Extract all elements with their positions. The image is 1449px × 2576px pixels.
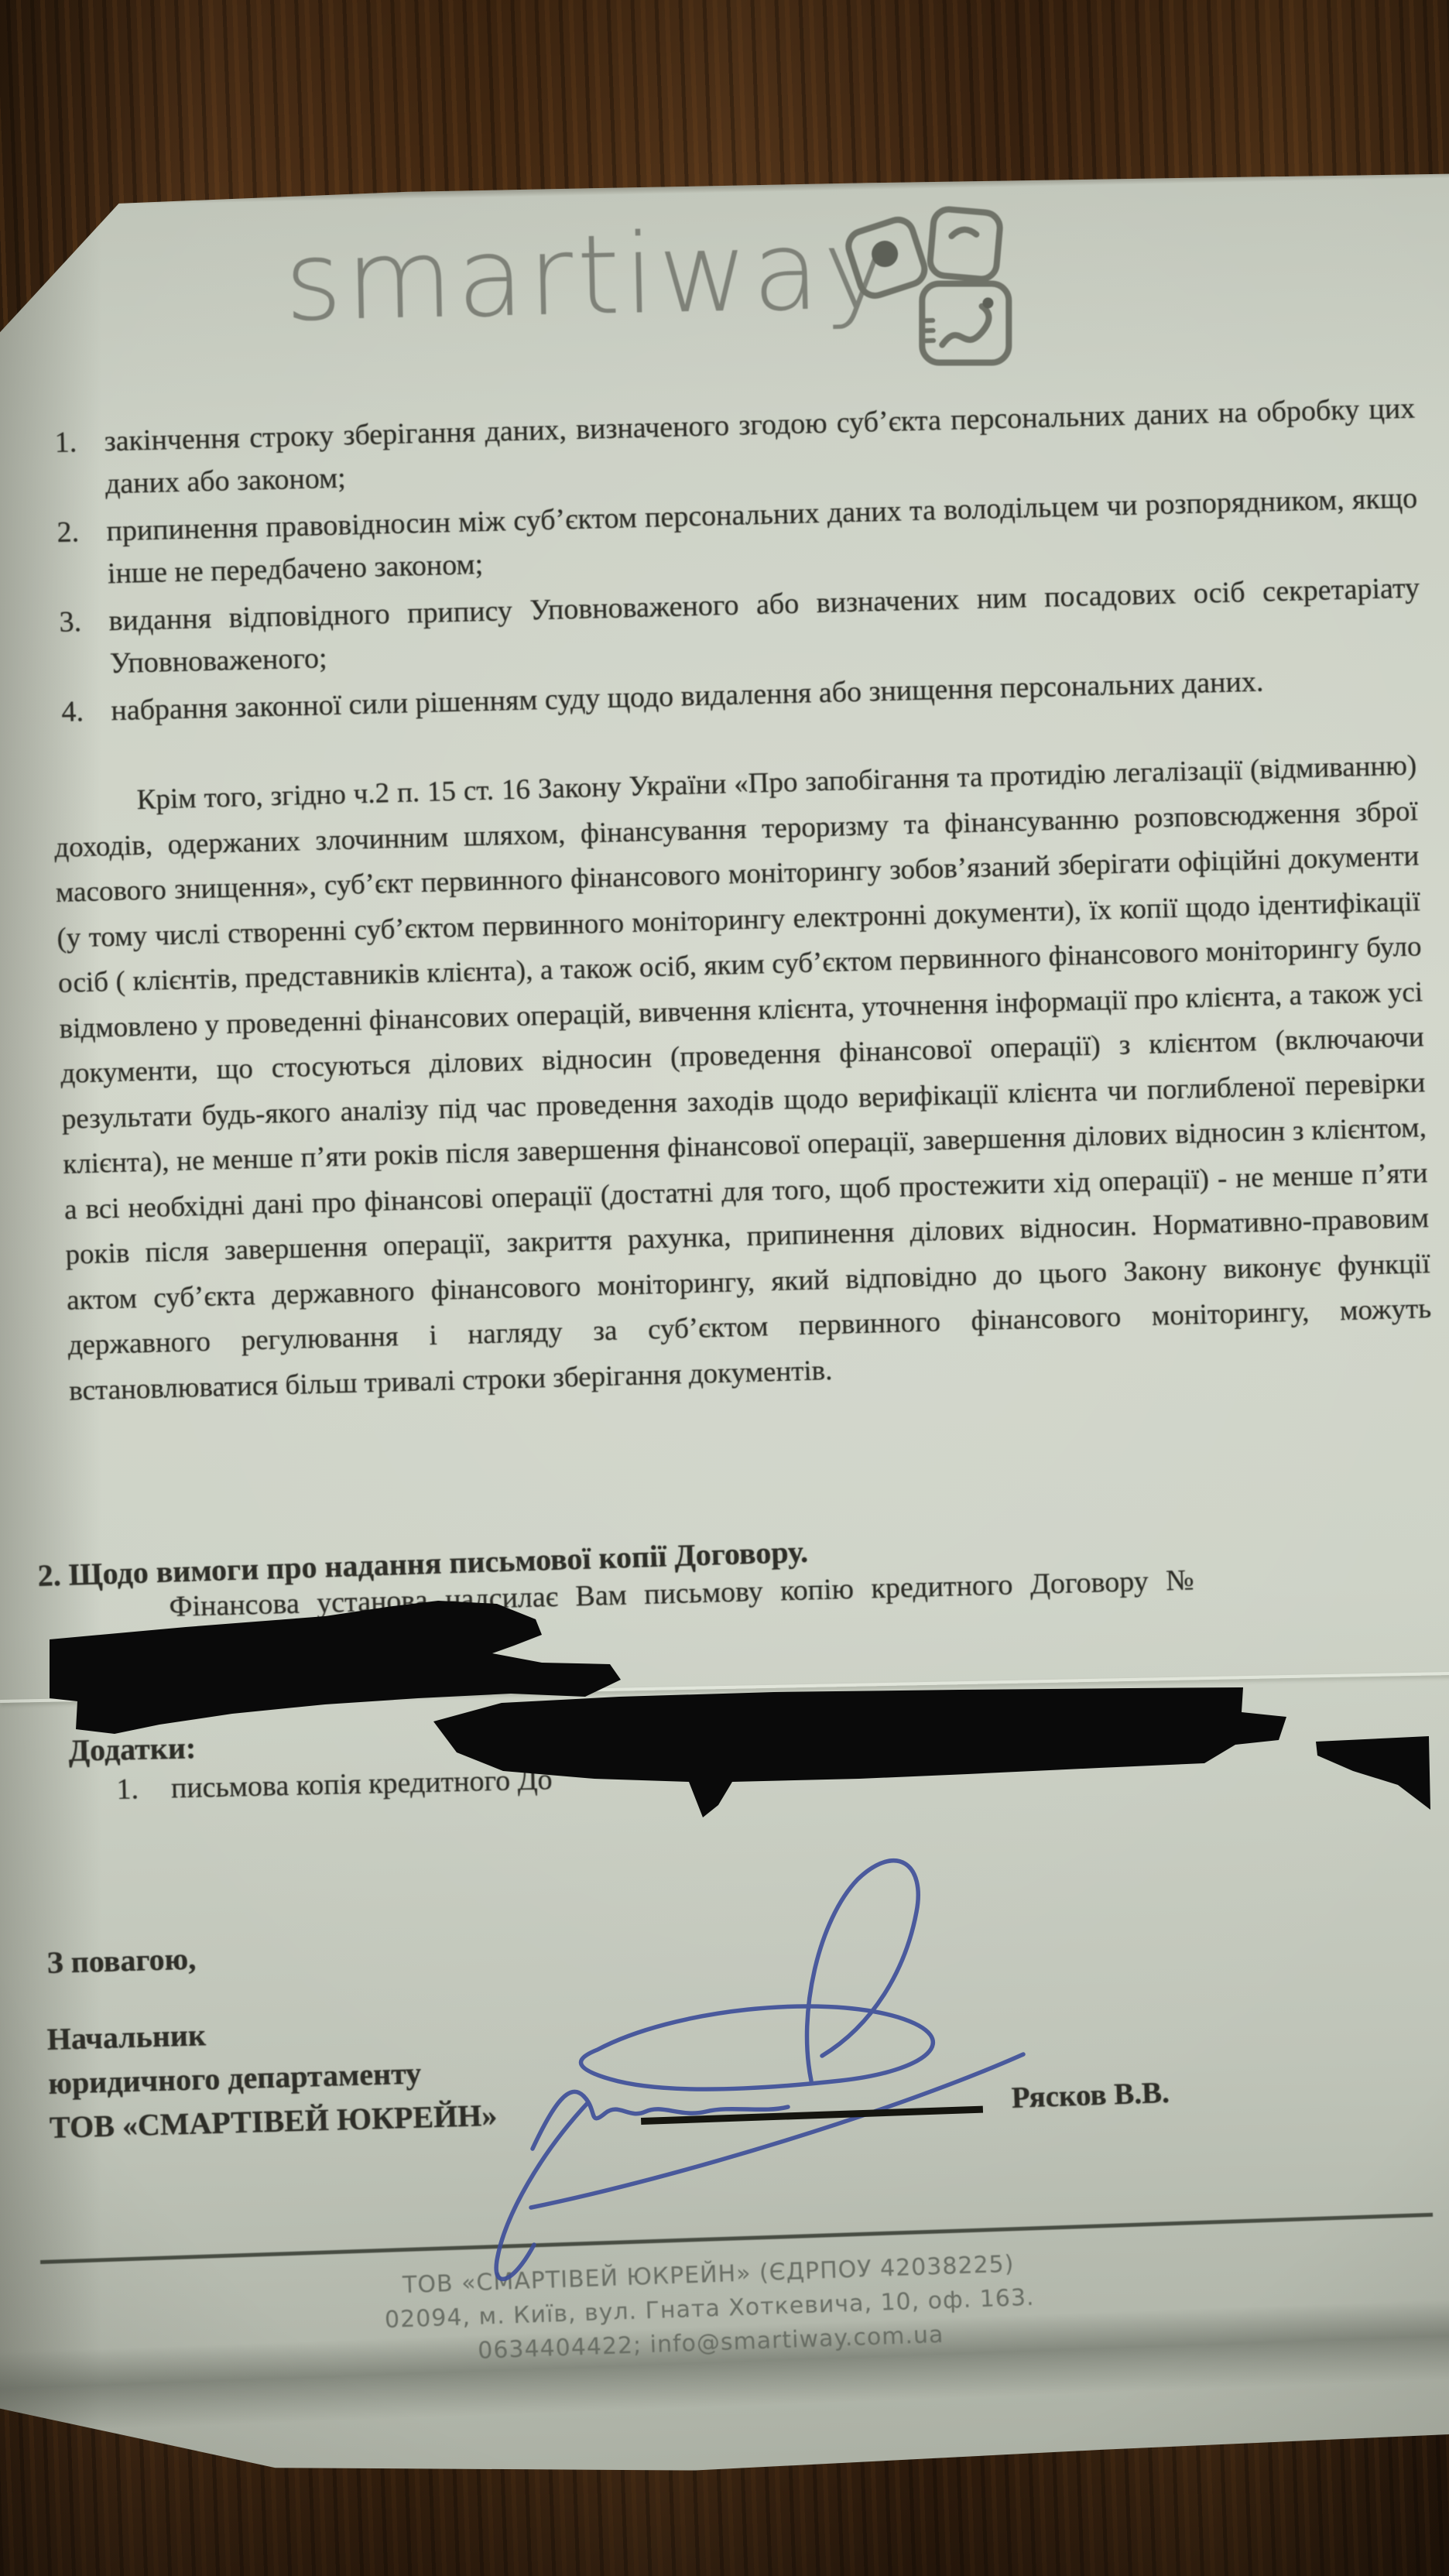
signature-ink <box>496 1861 1023 2280</box>
photo-scene: smartiway 1. закінчення строку збері <box>0 0 1449 2576</box>
redaction-blob <box>433 1687 1286 1817</box>
marks-overlay <box>0 0 1449 2576</box>
redaction-blob <box>1316 1736 1430 1810</box>
